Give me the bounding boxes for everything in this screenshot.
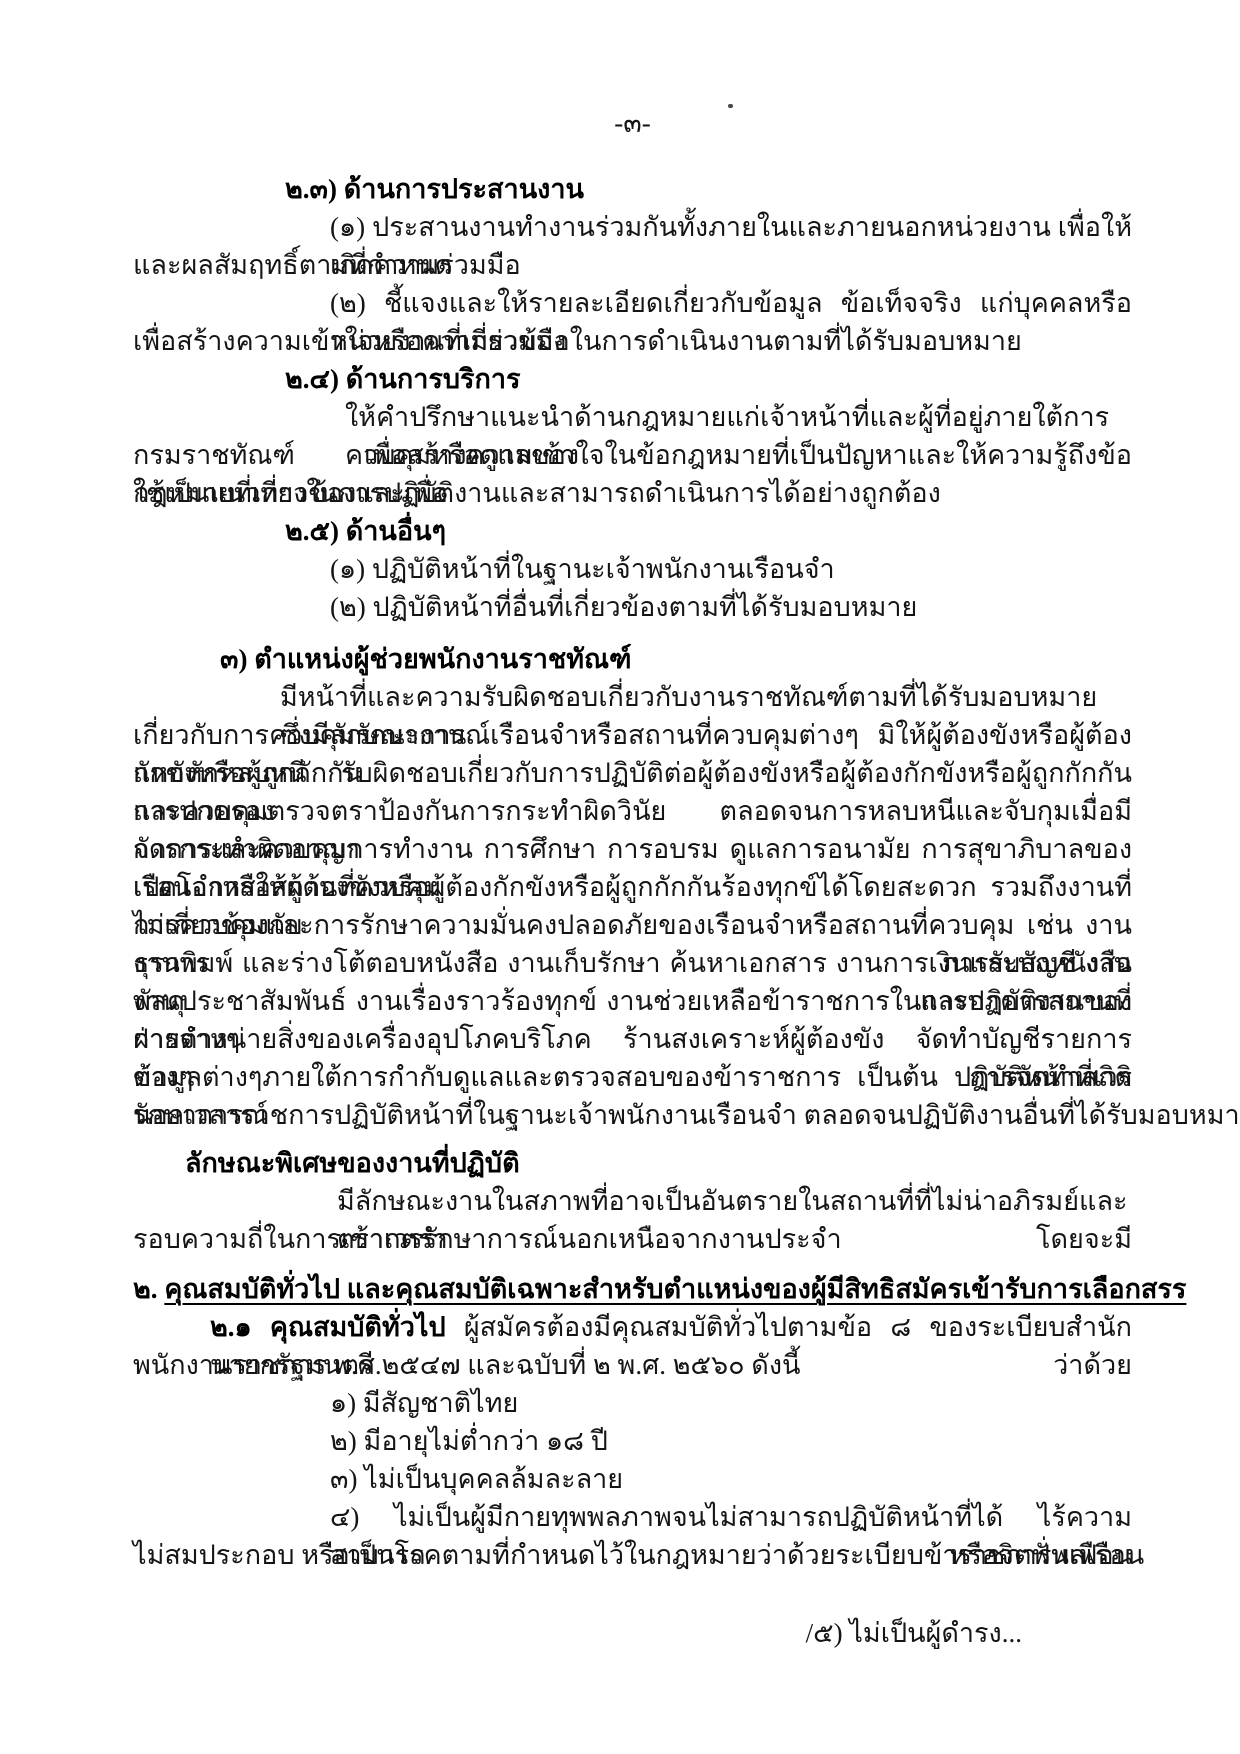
heading-coordination: ๒.๓) ด้านการประสานงาน [133,170,1132,208]
qualification-item-2: ๒) มีอายุไม่ต่ำกว่า ๑๘ ปี [133,1422,1132,1460]
position3-para-line: การจำหน่ายสิ่งของเครื่องอุปโภคบริโภค ร้า… [133,1020,1132,1058]
heading-position-3: ๓) ตำแหน่งผู้ช่วยพนักงานราชทัณฑ์ [133,640,1132,678]
position3-para-line: การควบคุมและการรักษาความมั่นคงปลอดภัยของ… [133,906,1132,944]
qualification-item-4-line2: ไม่สมประกอบ หรือเป็นโรคตามที่กำหนดไว้ในก… [133,1536,1132,1574]
others-item1: (๑) ปฏิบัติหน้าที่ในฐานะเจ้าพนักงานเรือน… [133,550,1132,588]
qualification-item-4-line1: ๔) ไม่เป็นผู้มีกายทุพพลภาพจนไม่สามารถปฏิ… [133,1498,1132,1536]
position3-para-line: งานประชาสัมพันธ์ งานเรื่องราวร้องทุกข์ ง… [133,982,1132,1020]
qualifications-title: คุณสมบัติทั่วไป และคุณสมบัติเฉพาะสำหรับต… [164,1274,1186,1304]
heading-special-characteristics: ลักษณะพิเศษของงานที่ปฏิบัติ [133,1144,1132,1182]
position3-para-line: เกี่ยวกับการควบคุมรักษาการณ์เรือนจำหรือส… [133,716,1132,754]
position3-para-line: งานพิมพ์ และร่างโต้ตอบหนังสือ งานเก็บรัก… [133,944,1132,982]
service-para-line1: ให้คำปรึกษาแนะนำด้านกฎหมายแก่เจ้าหน้าที่… [133,398,1132,436]
coordination-item2-line1: (๒) ชี้แจงและให้รายละเอียดเกี่ยวกับข้อมู… [133,284,1132,322]
page-continuation-mark: /๕) ไม่เป็นผู้ดำรง... [133,1614,1132,1652]
service-para-line2: กรมราชทัณฑ์ เพื่อสร้างความเข้าใจในข้อกฎห… [133,436,1132,474]
coordination-item1-line2: และผลสัมฤทธิ์ตามที่กำหนด [133,246,1132,284]
special-para-line1: มีลักษณะงานในสภาพที่อาจเป็นอันตรายในสถาน… [133,1182,1132,1220]
heading-service: ๒.๔) ด้านการบริการ [133,360,1132,398]
heading-others: ๒.๕) ด้านอื่นๆ [133,512,1132,550]
qualification-item-3: ๓) ไม่เป็นบุคคลล้มละลาย [133,1460,1132,1498]
document-page: -๓- ๒.๓) ด้านการประสานงาน (๑) ประสานงานท… [0,0,1240,1754]
heading-qualifications: ๒. คุณสมบัติทั่วไป และคุณสมบัติเฉพาะสำหร… [133,1270,1132,1308]
position3-para-line: แหกหักหลบหนี รับผิดชอบเกี่ยวกับการปฏิบัต… [133,754,1132,792]
service-para-line3: ใช้เป็นแนวทางในการปฏิบัติงานและสามารถดำเ… [133,474,1132,512]
position3-para-line: ข้อมูลต่างๆภายใต้การกำกับดูแลและตรวจสอบข… [133,1058,1132,1096]
general-qualifications-lead-bold: ๒.๑ คุณสมบัติทั่วไป [210,1312,446,1342]
position3-para-line: มีหน้าที่และความรับผิดชอบเกี่ยวกับงานราช… [133,678,1132,716]
qualifications-number: ๒. [133,1274,158,1304]
position3-para-line: และควบคุมตรวจตราป้องกันการกระทำผิดวินัย … [133,792,1132,830]
position3-para-line: นอกเวลาราชการปฏิบัติหน้าที่ในฐานะเจ้าพนั… [133,1096,1132,1134]
general-qualifications-lead: ๒.๑ คุณสมบัติทั่วไป ผู้สมัครต้องมีคุณสมบ… [133,1308,1132,1346]
position3-para-line: จัดการและควบคุมการทำงาน การศึกษา การอบรม… [133,830,1132,868]
page-number: -๓- [133,104,1132,142]
qualification-item-1: ๑) มีสัญชาติไทย [133,1384,1132,1422]
coordination-item2-line2: เพื่อสร้างความเข้าใจหรือความร่วมมือในการ… [133,322,1132,360]
others-item2: (๒) ปฏิบัติหน้าที่อื่นที่เกี่ยวข้องตามที… [133,588,1132,626]
position3-para-line: เปิดโอกาสให้ผู้ต้องขังหรือผู้ต้องกักขังห… [133,868,1132,906]
scan-speck [728,104,733,108]
coordination-item1-line1: (๑) ประสานงานทำงานร่วมกันทั้งภายในและภาย… [133,208,1132,246]
